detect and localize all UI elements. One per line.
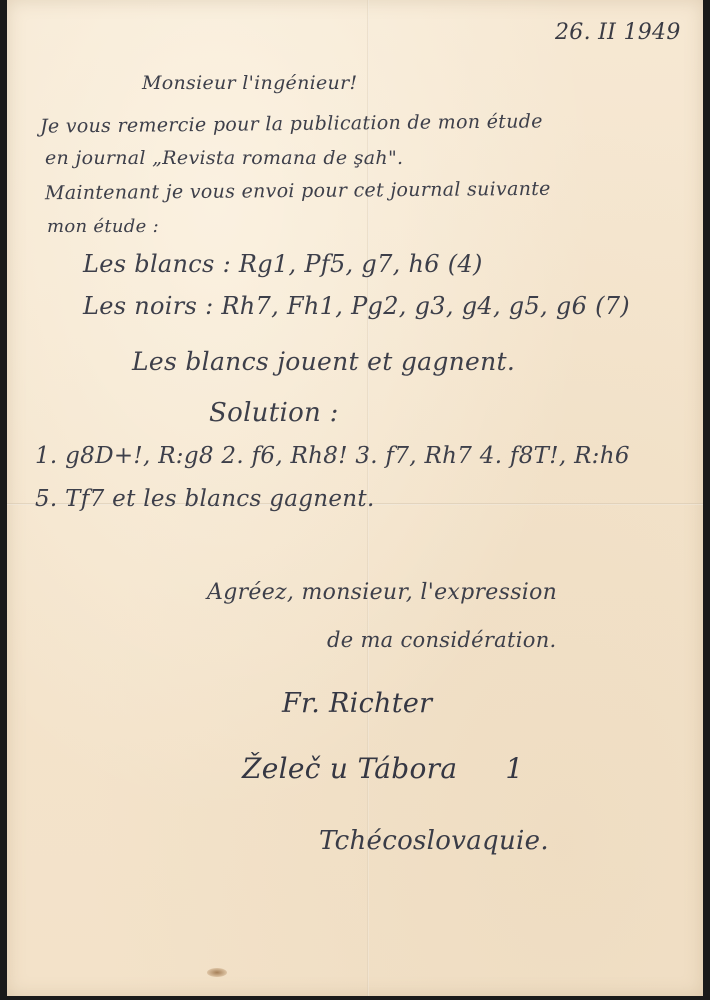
address-number: 1 bbox=[505, 752, 523, 785]
black-pieces-position: Les noirs : Rh7, Fh1, Pg2, g3, g4, g5, g… bbox=[83, 292, 630, 320]
address-line: Želeč u Tábora1 bbox=[242, 752, 523, 785]
signature: Fr. Richter bbox=[282, 688, 432, 719]
letter-page: 26. II 1949 Monsieur l'ingénieur! Je vou… bbox=[7, 0, 703, 996]
address-country: Tchécoslovaquie. bbox=[319, 826, 549, 856]
body-line: en journal „Revista romana de şah". bbox=[45, 147, 403, 169]
body-line: Maintenant je vous envoi pour cet journa… bbox=[45, 178, 551, 204]
solution-heading: Solution : bbox=[209, 398, 339, 428]
solution-line: 1. g8D+!, R:g8 2. f6, Rh8! 3. f7, Rh7 4.… bbox=[35, 443, 630, 469]
closing-line: Agréez, monsieur, l'expression bbox=[207, 580, 557, 605]
white-pieces-position: Les blancs : Rg1, Pf5, g7, h6 (4) bbox=[83, 250, 483, 278]
letter-date: 26. II 1949 bbox=[555, 20, 681, 45]
solution-line: 5. Tf7 et les blancs gagnent. bbox=[35, 486, 375, 512]
body-line: mon étude : bbox=[47, 216, 159, 237]
salutation: Monsieur l'ingénieur! bbox=[142, 72, 357, 94]
closing-line: de ma considération. bbox=[327, 628, 557, 652]
paper-stain bbox=[207, 968, 227, 977]
stipulation: Les blancs jouent et gagnent. bbox=[132, 347, 515, 376]
body-line: Je vous remercie pour la publication de … bbox=[40, 110, 543, 137]
address-street: Želeč u Tábora bbox=[242, 752, 457, 785]
